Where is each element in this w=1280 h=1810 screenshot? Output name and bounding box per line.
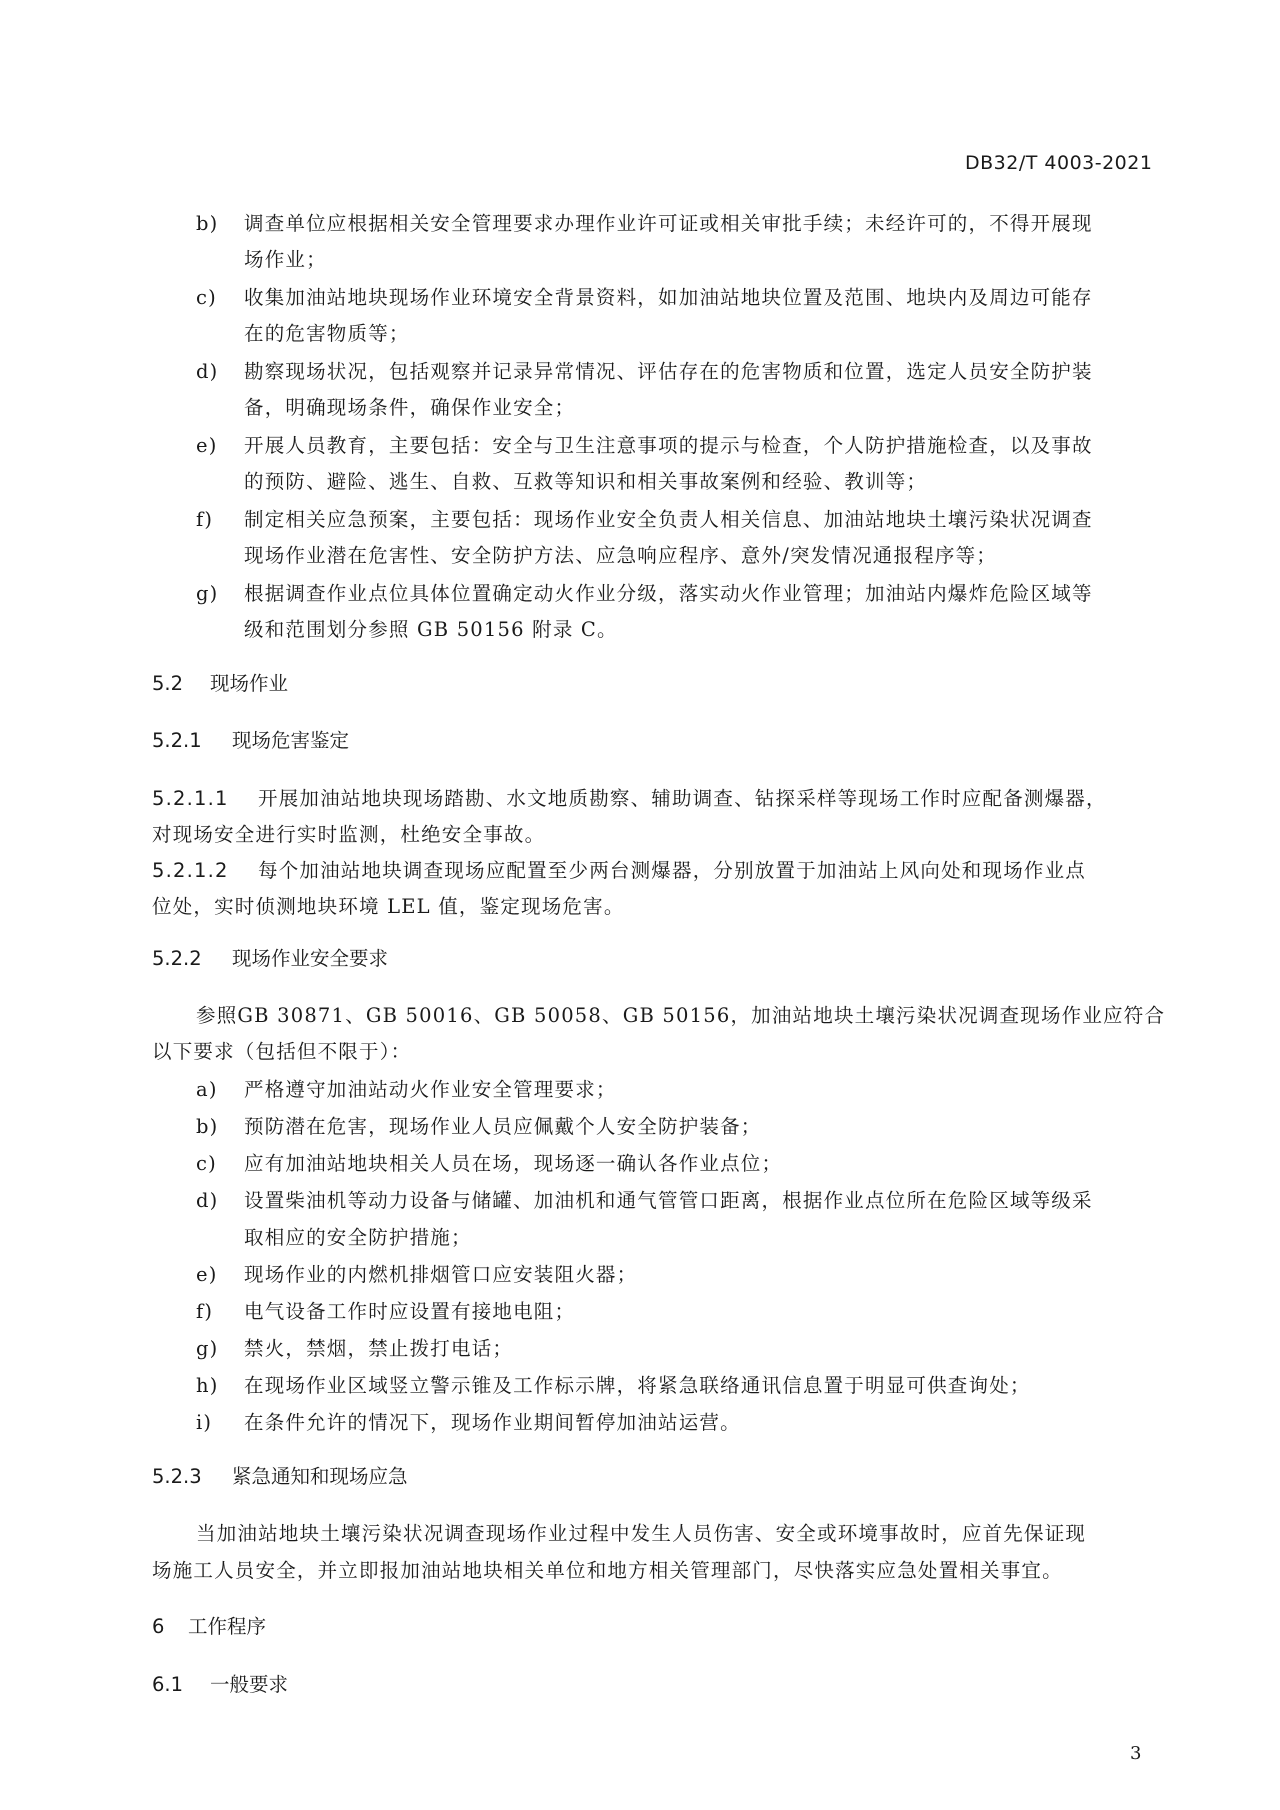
section-heading-5-2-3: 5.2.3紧急通知和现场应急	[152, 1461, 408, 1489]
section-heading-6-1: 6.1一般要求	[152, 1669, 288, 1697]
list-item-b-cont: 场作业；	[244, 244, 327, 272]
list-item-g: g)根据调查作业点位具体位置确定动火作业分级，落实动火作业管理；加油站内爆炸危险…	[196, 578, 1093, 606]
clause-5-2-1-2: 5.2.1.2每个加油站地块调查现场应配置至少两台测爆器，分别放置于加油站上风向…	[152, 855, 1086, 883]
list-item-e: e)现场作业的内燃机排烟管口应安装阻火器；	[196, 1259, 637, 1287]
list-item-d: d)设置柴油机等动力设备与储罐、加油机和通气管管口距离，根据作业点位所在危险区域…	[196, 1185, 1093, 1213]
list-item-b: b)预防潜在危害，现场作业人员应佩戴个人安全防护装备；	[196, 1111, 762, 1139]
paragraph-5-2-2-cont: 以下要求（包括但不限于）：	[152, 1036, 411, 1064]
list-item-b: b)调查单位应根据相关安全管理要求办理作业许可证或相关审批手续；未经许可的，不得…	[196, 208, 1093, 236]
list-item-a: a)严格遵守加油站动火作业安全管理要求；	[196, 1074, 617, 1102]
list-item-c: c)应有加油站地块相关人员在场，现场逐一确认各作业点位；	[196, 1148, 782, 1176]
paragraph-5-2-3-cont: 场施工人员安全，并立即报加油站地块相关单位和地方相关管理部门，尽快落实应急处置相…	[152, 1555, 1063, 1583]
section-heading-5-2-2: 5.2.2现场作业安全要求	[152, 943, 388, 971]
list-item-e-cont: 的预防、避险、逃生、自救、互救等知识和相关事故案例和经验、教训等；	[244, 466, 927, 494]
page-number: 3	[1130, 1743, 1141, 1764]
list-item-i: i)在条件允许的情况下，现场作业期间暂停加油站运营。	[196, 1407, 741, 1435]
section-heading-5-2-1: 5.2.1现场危害鉴定	[152, 725, 349, 753]
clause-5-2-1-1-cont: 对现场安全进行实时监测，杜绝安全事故。	[152, 819, 545, 847]
list-item-c-cont: 在的危害物质等；	[244, 318, 410, 346]
list-item-g-cont: 级和范围划分参照 GB 50156 附录 C。	[244, 614, 618, 642]
list-item-e: e)开展人员教育，主要包括：安全与卫生注意事项的提示与检查，个人防护措施检查，以…	[196, 430, 1093, 458]
list-item-c: c)收集加油站地块现场作业环境安全背景资料，如加油站地块位置及范围、地块内及周边…	[196, 282, 1093, 310]
clause-5-2-1-2-cont: 位处，实时侦测地块环境 LEL 值，鉴定现场危害。	[152, 891, 625, 919]
document-code: DB32/T 4003-2021	[965, 152, 1152, 174]
list-item-d-cont: 备，明确现场条件，确保作业安全；	[244, 392, 575, 420]
list-item-d: d)勘察现场状况，包括观察并记录异常情况、评估存在的危害物质和位置，选定人员安全…	[196, 356, 1093, 384]
section-heading-6: 6工作程序	[152, 1611, 266, 1639]
clause-5-2-1-1: 5.2.1.1开展加油站地块现场踏勘、水文地质勘察、辅助调查、钻探采样等现场工作…	[152, 783, 1107, 811]
paragraph-5-2-2: 参照GB 30871、GB 50016、GB 50058、GB 50156，加油…	[196, 1000, 1165, 1028]
list-item-g: g)禁火，禁烟，禁止拨打电话；	[196, 1333, 513, 1361]
list-item-f: f)制定相关应急预案，主要包括：现场作业安全负责人相关信息、加油站地块土壤污染状…	[196, 504, 1093, 532]
section-heading-5-2: 5.2现场作业	[152, 668, 288, 696]
list-item-f: f)电气设备工作时应设置有接地电阻；	[196, 1296, 575, 1324]
list-item-f-cont: 现场作业潜在危害性、安全防护方法、应急响应程序、意外/突发情况通报程序等；	[244, 540, 997, 568]
list-item-d-cont: 取相应的安全防护措施；	[244, 1222, 472, 1250]
paragraph-5-2-3: 当加油站地块土壤污染状况调查现场作业过程中发生人员伤害、安全或环境事故时，应首先…	[196, 1518, 1086, 1546]
list-item-h: h)在现场作业区域竖立警示锥及工作标示牌，将紧急联络通讯信息置于明显可供查询处；	[196, 1370, 1031, 1398]
